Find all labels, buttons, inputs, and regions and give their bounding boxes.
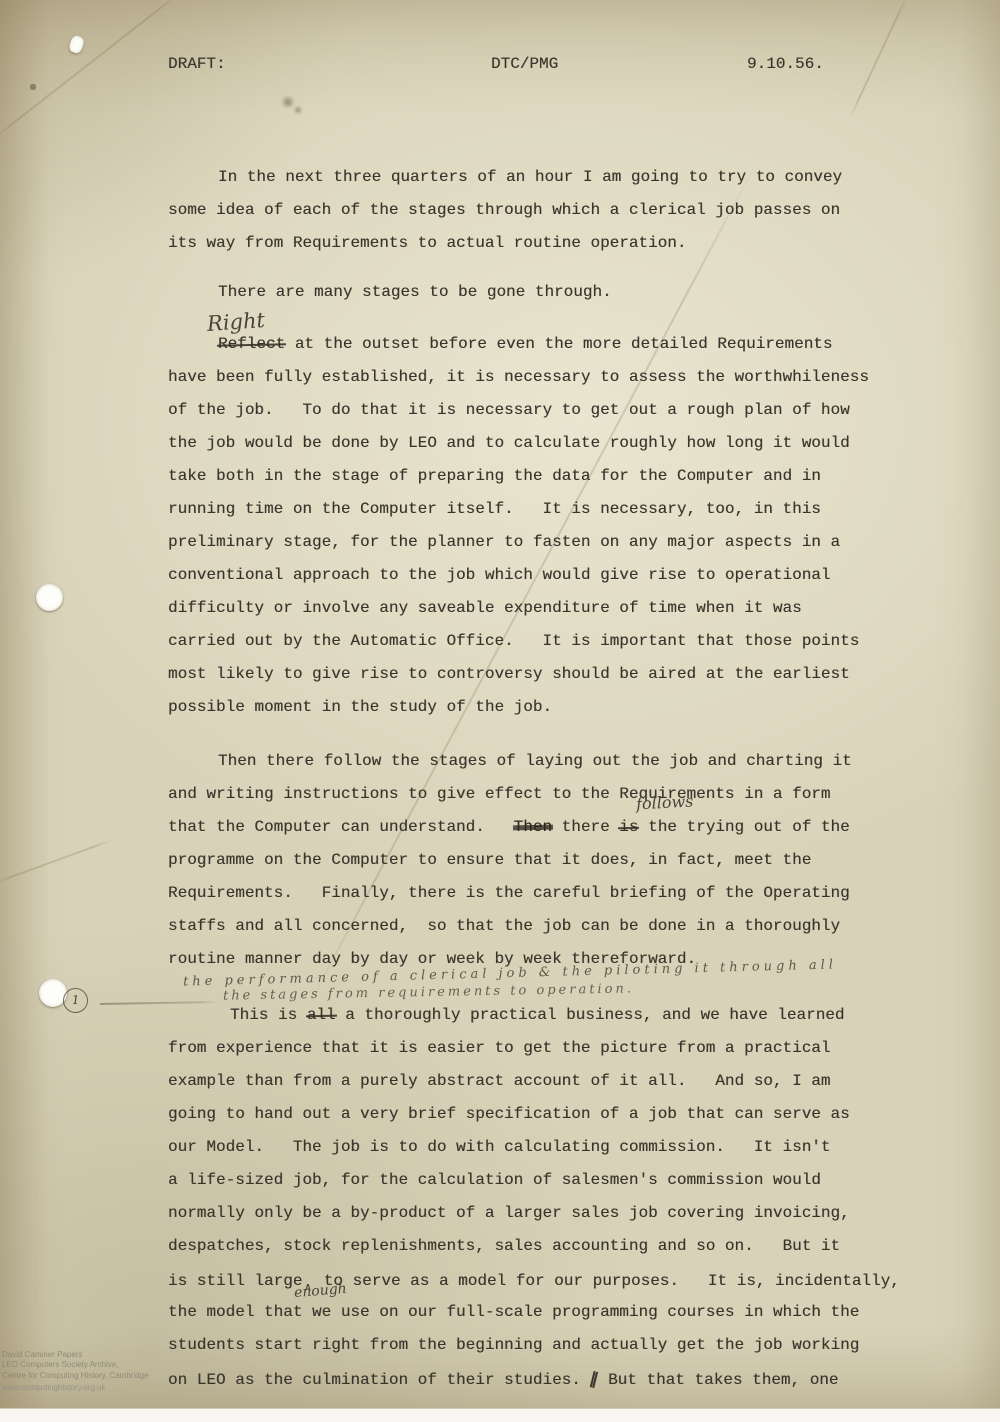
circled-margin-number: 1 xyxy=(61,986,89,1014)
typed-line: running time on the Computer itself. It … xyxy=(168,500,908,533)
typed-text: This is xyxy=(230,1006,307,1024)
typed-line: normally only be a by-product of a large… xyxy=(168,1204,908,1237)
typed-line: Requirements. Finally, there is the care… xyxy=(168,884,908,917)
paper-crease xyxy=(0,0,184,142)
typed-line: difficulty or involve any saveable expen… xyxy=(168,599,908,632)
typed-line: going to hand out a very brief specifica… xyxy=(168,1105,908,1138)
typed-line: preliminary stage, for the planner to fa… xyxy=(168,533,908,566)
typed-line: possible moment in the study of the job. xyxy=(168,698,908,731)
typed-text: a thoroughly practical business, and we … xyxy=(336,1006,845,1024)
typed-line: some idea of each of the stages through … xyxy=(168,201,908,234)
typed-text: But that takes them, one xyxy=(598,1371,838,1389)
paragraph-2: There are many stages to be gone through… xyxy=(168,283,908,316)
typed-line: take both in the stage of preparing the … xyxy=(168,467,908,500)
document-date: 9.10.56. xyxy=(747,55,824,73)
typed-line: the job would be done by LEO and to calc… xyxy=(168,434,908,467)
typed-line: most likely to give rise to controversy … xyxy=(168,665,908,698)
typed-text: on LEO as the culmination of their studi… xyxy=(168,1371,590,1389)
typed-line: from experience that it is easier to get… xyxy=(168,1039,908,1072)
typed-line: on LEO as the culmination of their studi… xyxy=(168,1369,908,1402)
typed-line: example than from a purely abstract acco… xyxy=(168,1072,908,1105)
typed-text: at the outset before even the more detai… xyxy=(285,335,832,353)
typed-line: is still large∧ to serve as a model for … xyxy=(168,1270,908,1303)
staple-mark xyxy=(68,34,86,54)
typed-line: This is all a thoroughly practical busin… xyxy=(168,1006,908,1039)
paragraph-3: Reflect at the outset before even the mo… xyxy=(168,335,908,731)
reference-initials: DTC/PMG xyxy=(491,55,558,73)
draft-label: DRAFT: xyxy=(168,55,226,73)
paper-sheet: DRAFT: DTC/PMG 9.10.56. In the next thre… xyxy=(0,0,1000,1409)
typed-line: Then there follow the stages of laying o… xyxy=(168,752,908,785)
typed-line: carried out by the Automatic Office. It … xyxy=(168,632,908,665)
paragraph-4: Then there follow the stages of laying o… xyxy=(168,752,908,983)
typed-line: of the job. To do that it is necessary t… xyxy=(168,401,908,434)
typed-text: is still large xyxy=(168,1272,302,1290)
typed-line: staffs and all concerned, so that the jo… xyxy=(168,917,908,950)
typed-line: programme on the Computer to ensure that… xyxy=(168,851,908,884)
handwritten-correction-follows: follows xyxy=(636,792,694,814)
struck-word: all xyxy=(307,1006,336,1024)
paper-crease xyxy=(849,0,908,118)
typed-line: a life-sized job, for the calculation of… xyxy=(168,1171,908,1204)
typed-line: Reflect at the outset before even the mo… xyxy=(168,335,908,368)
typed-line: There are many stages to be gone through… xyxy=(168,283,908,316)
typed-line: despatches, stock replenishments, sales … xyxy=(168,1237,908,1270)
ink-smudge xyxy=(293,106,303,114)
typed-line: and writing instructions to give effect … xyxy=(168,785,908,818)
typed-line: students start right from the beginning … xyxy=(168,1336,908,1369)
typed-line: have been fully established, it is neces… xyxy=(168,368,908,401)
struck-word: Reflect xyxy=(218,335,285,353)
ink-speck xyxy=(30,84,36,90)
scanned-document-page: DRAFT: DTC/PMG 9.10.56. In the next thre… xyxy=(0,0,1000,1422)
watermark-line: David Caminer Papers xyxy=(2,1350,82,1359)
paragraph-5: This is all a thoroughly practical busin… xyxy=(168,1006,908,1402)
pencil-arrow xyxy=(100,1001,218,1005)
paragraph-1: In the next three quarters of an hour I … xyxy=(168,168,908,267)
typed-text: to serve as a model for our purposes. It… xyxy=(314,1272,900,1290)
struck-word: is xyxy=(619,818,638,836)
typed-line: In the next three quarters of an hour I … xyxy=(168,168,908,201)
watermark-line: www.computinghistory.org.uk xyxy=(2,1383,105,1392)
typed-line: conventional approach to the job which w… xyxy=(168,566,908,599)
paper-crease xyxy=(0,839,112,884)
punch-hole xyxy=(36,584,63,611)
typed-text: that the Computer can understand. xyxy=(168,818,514,836)
struck-word: Then xyxy=(514,818,552,836)
handwritten-correction-right: Right xyxy=(206,308,265,336)
typed-line: the model that we use on our full-scale … xyxy=(168,1303,908,1336)
typed-line: that the Computer can understand. Then t… xyxy=(168,818,908,851)
watermark-line: Centre for Computing History, Cambridge xyxy=(2,1371,149,1380)
watermark-line: LEO Computers Society Archive, xyxy=(2,1360,119,1369)
typed-text: there xyxy=(552,818,619,836)
typed-line: its way from Requirements to actual rout… xyxy=(168,234,908,267)
typed-line: our Model. The job is to do with calcula… xyxy=(168,1138,908,1171)
typed-text: the trying out of the xyxy=(638,818,849,836)
scan-background-strip xyxy=(0,1408,1000,1422)
